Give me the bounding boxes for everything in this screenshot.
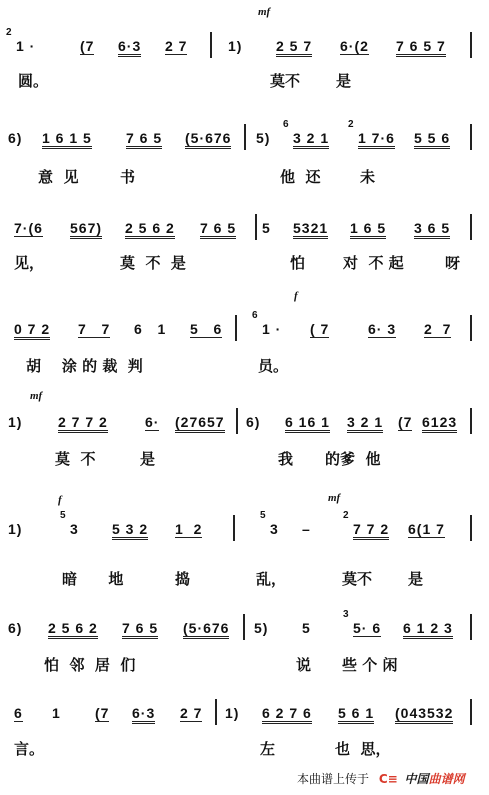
note-group: 6 1 2 3 [403,620,453,639]
note-group: 5 [262,220,271,236]
dynamic-marking: f [294,290,298,302]
watermark-brand-red: 曲谱网 [429,772,465,786]
note-group: 6) [8,130,22,146]
note-group: 6 2 7 6 [262,705,312,724]
lyric-text: 说 [296,656,311,674]
dynamic-marking: f [58,494,62,506]
note-group: (043532 [395,705,453,724]
lyric-text: 怕 [290,254,305,272]
lyric-text: 言。 [14,740,44,758]
note-group: 6· [145,414,159,431]
barline [215,699,217,725]
note-group: 0 7 2 [14,321,50,340]
grace-note: 6 [283,120,289,130]
site-logo-icon: C≡ [379,772,398,786]
note-group: 5 6 1 [338,705,374,724]
lyric-text: 我 [278,450,293,468]
lyric-text: 员。 [258,357,288,375]
lyric-text: 捣 [175,570,190,588]
note-group: 7 6 5 7 [396,38,446,57]
grace-note: 2 [343,511,349,521]
lyric-text: 见， [14,254,44,272]
watermark-prefix: 本曲谱上传于 [297,772,369,786]
note-group: 3 [70,521,79,537]
note-group: 2 7 7 2 [58,414,108,433]
note-group: 1 7·6 [358,130,395,149]
note-group: 3 2 1 [347,414,383,433]
note-group: 3 6 5 [414,220,450,239]
lyric-text: 也 思， [335,740,390,758]
note-group: 1 · [16,38,35,54]
barline [470,408,472,434]
note-group: 3 2 1 [293,130,329,149]
lyric-text: 未 [360,168,375,186]
note-group: 6(1 7 [408,521,445,538]
note-group: 7 6 5 [122,620,158,639]
note-group: 2 5 7 [276,38,312,57]
note-group: 6) [8,620,22,636]
lyric-text: 是 [140,450,155,468]
note-group: 6123 [422,414,457,433]
lyric-text: 莫 不 是 [120,254,186,272]
barline [233,515,235,541]
lyric-text: 胡 涂 的 裁 判 [26,357,143,375]
lyric-text: 书 [120,168,135,186]
lyric-text: 莫 不 [55,450,95,468]
note-group: 6·(2 [340,38,369,55]
note-group: 7 6 5 [200,220,236,239]
lyric-text: 乱， [256,570,286,588]
barline [470,214,472,240]
note-group: 1 [52,705,61,721]
grace-note: 5 [60,511,66,521]
note-group: 6·3 [118,38,141,57]
dynamic-marking: mf [328,492,340,504]
lyric-text: 暗 地 [62,570,123,588]
lyric-text: 莫不 [270,72,300,90]
note-group: 1) [8,414,22,430]
note-group: 6 1 [134,321,166,337]
note-group: 7 7 [78,321,110,338]
note-group: 5· 6 [353,620,381,637]
note-group: 6 [14,705,23,722]
note-group: (7 [95,705,109,722]
barline [470,515,472,541]
barline [470,124,472,150]
lyric-text: 呀 [445,254,460,272]
grace-note: 6 [252,311,258,321]
note-group: 5) [256,130,270,146]
lyric-text: 是 [336,72,351,90]
barline [470,614,472,640]
note-group: 1 2 [175,521,202,538]
note-group: – [302,521,311,537]
lyric-text: 是 [408,570,423,588]
lyric-text: 莫不 [342,570,372,588]
note-group: 1 6 5 [350,220,386,239]
note-group: 5 [302,620,311,636]
lyric-text: 些 个 闲 [342,656,397,674]
note-group: 5) [254,620,268,636]
dynamic-marking: mf [30,390,42,402]
note-group: 567) [70,220,102,239]
note-group: 5 6 [190,321,222,338]
note-group: 6) [246,414,260,430]
note-group: 2 7 [424,321,451,338]
lyric-text: 的爹 他 [325,450,380,468]
barline [255,214,257,240]
note-group: (5·676 [185,130,231,149]
note-group: (27657 [175,414,225,433]
note-group: 5 5 6 [414,130,450,149]
lyric-text: 意 见 [38,168,78,186]
watermark: 本曲谱上传于 C≡ 中国曲谱网 [297,770,465,787]
grace-note: 2 [6,28,12,38]
dynamic-marking: mf [258,6,270,18]
note-group: 1 · [262,321,281,337]
barline [243,614,245,640]
note-group: 3 [270,521,279,537]
note-group: 6·3 [132,705,155,724]
barline [470,32,472,58]
note-group: 1 6 1 5 [42,130,92,149]
barline [244,124,246,150]
barline [236,408,238,434]
lyric-text: 他 还 [280,168,320,186]
lyric-text: 圆。 [18,72,48,90]
lyric-text: 怕 邻 居 们 [44,656,135,674]
note-group: (5·676 [183,620,229,639]
barline [470,699,472,725]
note-group: (7 [398,414,412,431]
note-group: 1) [8,521,22,537]
lyric-text: 左 [260,740,275,758]
note-group: 6 16 1 [285,414,330,433]
barline [210,32,212,58]
barline [470,315,472,341]
note-group: 2 7 [165,38,187,55]
note-group: 1) [228,38,242,54]
watermark-brand-dark: 中国 [405,772,429,786]
grace-note: 5 [260,511,266,521]
note-group: (7 [80,38,94,55]
note-group: 2 7 [180,705,202,722]
note-group: 7 6 5 [126,130,162,149]
grace-note: 3 [343,610,349,620]
note-group: 6· 3 [368,321,396,338]
note-group: 7 7 2 [353,521,389,540]
grace-note: 2 [348,120,354,130]
note-group: 2 5 6 2 [48,620,98,639]
note-group: ( 7 [310,321,329,338]
barline [235,315,237,341]
note-group: 7·(6 [14,220,43,237]
note-group: 1) [225,705,239,721]
note-group: 5321 [293,220,328,239]
note-group: 2 5 6 2 [125,220,175,239]
lyric-text: 对 不 起 [343,254,404,272]
note-group: 5 3 2 [112,521,148,540]
